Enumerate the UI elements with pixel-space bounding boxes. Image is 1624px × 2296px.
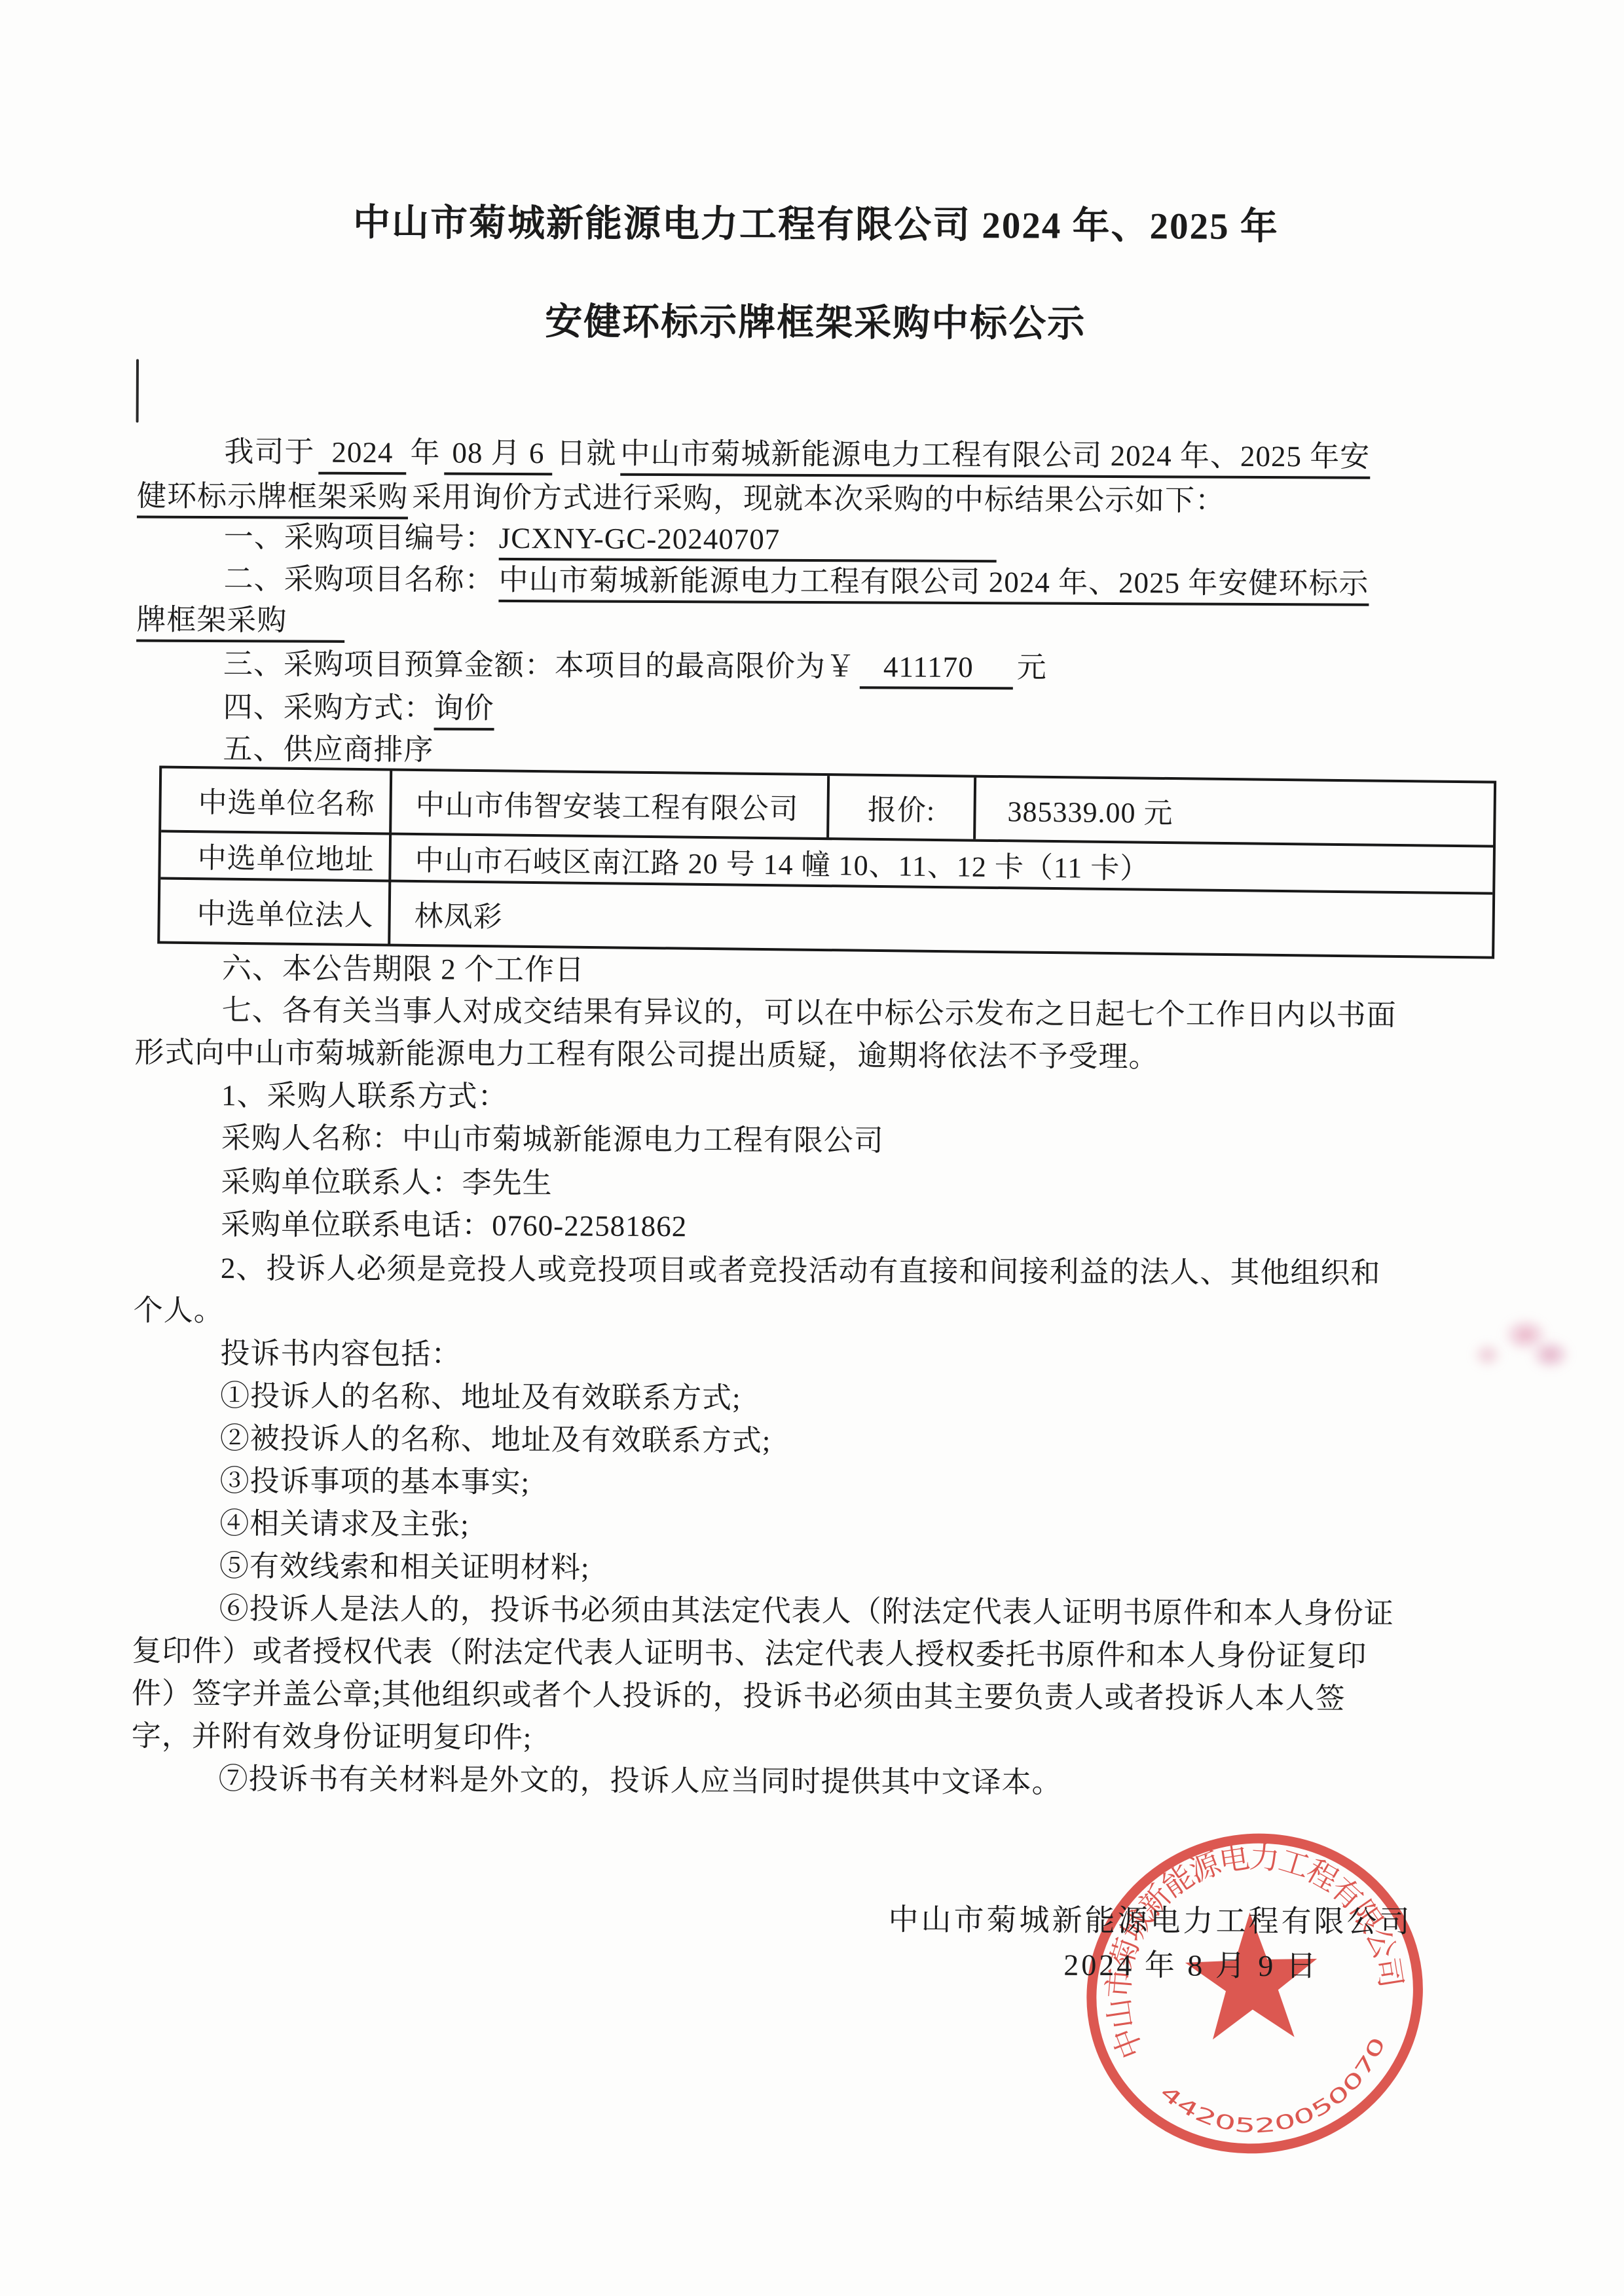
intro-pre: 我司于: [224, 435, 314, 469]
item-project-name-label: 二、采购项目名称：: [223, 562, 494, 596]
company-seal: 中山市菊城新能源电力工程有限公司 4420520050070: [1058, 1810, 1452, 2178]
ink-smudge: [1472, 1341, 1502, 1368]
complaint-rule-line-1: 2、投诉人必须是竞投人或竞投项目或者竞投活动有直接和间接利益的法人、其他组织和: [221, 1251, 1381, 1291]
complaint-item-6-line-4: 字，并附有效身份证明复印件;: [132, 1719, 532, 1755]
note-7-line-1: 七、各有关当事人对成交结果有异议的，可以在中标公示发布之日起七个工作日内以书面: [222, 993, 1397, 1033]
winner-legal-value: 林凤彩: [388, 883, 1492, 957]
intro-monthday-blank: 08 月 6: [444, 437, 552, 476]
document-sheet: 中山市菊城新能源电力工程有限公司 2024 年、2025 年 安健环标示牌框架采…: [0, 0, 1624, 2296]
complaint-item-6-line-2: 复印件）或者授权代表（附法定代表人证明书、法定代表人授权委托书原件和本人身份证复…: [132, 1633, 1367, 1673]
scan-line-artifact: [136, 359, 139, 422]
winner-table: 中选单位名称 中山市伟智安装工程有限公司 报价: 385339.00 元 中选单…: [157, 766, 1496, 959]
complaint-item-6-line-3: 件）签字并盖公章;其他组织或者个人投诉的，投诉书必须由其主要负责人或者投诉人本人…: [132, 1676, 1346, 1716]
document-title-line-1: 中山市菊城新能源电力工程有限公司 2024 年、2025 年: [4, 200, 1624, 251]
winner-name-value: 中山市伟智安装工程有限公司: [389, 771, 827, 838]
winner-address-label: 中选单位地址: [160, 833, 389, 880]
item-project-name-value: 中山市菊城新能源电力工程有限公司 2024 年、2025 年安健环标示: [498, 564, 1369, 606]
item-project-no-label: 一、采购项目编号：: [224, 520, 495, 555]
signature-date: 2024 年 8 月 9 日: [1063, 1941, 1319, 1986]
purchaser-name: 采购人名称：中山市菊城新能源电力工程有限公司: [221, 1121, 884, 1159]
item-project-name: 二、采购项目名称：中山市菊城新能源电力工程有限公司 2024 年、2025 年安…: [223, 562, 1373, 602]
item-budget-value: 411170: [860, 650, 1013, 689]
item-project-no-value: JCXNY-GC-20240707: [499, 522, 997, 562]
complaint-rule-line-2: 个人。: [134, 1293, 224, 1328]
intro-subject-wrap: 健环标示牌框架采购: [137, 479, 408, 519]
item-method: 四、采购方式：询价: [223, 690, 498, 726]
price-label: 报价:: [826, 776, 974, 839]
complaint-item-3: ③投诉事项的基本事实;: [219, 1464, 530, 1500]
item-project-no: 一、采购项目编号：JCXNY-GC-20240707: [224, 520, 1001, 558]
item-method-label: 四、采购方式：: [223, 691, 434, 724]
complaint-content-heading: 投诉书内容包括：: [220, 1336, 461, 1372]
document-title-line-2: 安健环标示牌框架采购中标公示: [3, 298, 1624, 349]
winner-name-label: 中选单位名称: [161, 769, 390, 833]
intro-after-year: 年: [410, 436, 440, 469]
note-6: 六、本公告期限 2 个工作日: [222, 951, 585, 988]
contact-phone: 采购单位联系电话：0760-22581862: [221, 1207, 687, 1244]
intro-year-blank: 2024: [318, 436, 406, 475]
item-method-value: 询价: [434, 691, 494, 730]
winner-legal-label: 中选单位法人: [160, 880, 388, 944]
ink-smudge: [1530, 1339, 1570, 1370]
intro-line-2: 健环标示牌框架采购采用询价方式进行采购，现就本次采购的中标结果公示如下：: [137, 479, 1225, 518]
contact-person: 采购单位联系人：李先生: [221, 1165, 552, 1201]
item-budget-label: 三、采购项目预算金额：本项目的最高限价为￥: [223, 647, 856, 683]
intro-rest: 采用询价方式进行采购，现就本次采购的中标结果公示如下：: [412, 481, 1225, 517]
complaint-item-7: ⑦投诉书有关材料是外文的，投诉人应当同时提供其中文译本。: [218, 1762, 1061, 1800]
intro-subject-blank: 中山市菊城新能源电力工程有限公司 2024 年、2025 年安: [620, 437, 1370, 479]
item-budget: 三、采购项目预算金额：本项目的最高限价为￥411170元: [223, 647, 1047, 685]
intro-after-md: 日就: [556, 437, 616, 469]
complaint-item-6-line-1: ⑥投诉人是法人的，投诉书必须由其法定代表人（附法定代表人证明书原件和本人身份证: [219, 1592, 1394, 1631]
item-project-name-wrap: 牌框架采购: [136, 602, 348, 638]
scanned-document-page: 中山市菊城新能源电力工程有限公司 2024 年、2025 年 安健环标示牌框架采…: [0, 0, 1624, 2296]
complaint-item-1: ①投诉人的名称、地址及有效联系方式;: [220, 1379, 741, 1416]
complaint-item-5: ⑤有效线索和相关证明材料;: [219, 1549, 590, 1586]
complaint-item-4: ④相关请求及主张;: [219, 1506, 470, 1542]
complaint-item-2: ②被投诉人的名称、地址及有效联系方式;: [220, 1421, 771, 1459]
contact-heading: 1、采购人联系方式：: [221, 1078, 508, 1114]
signature-company: 中山市菊城新能源电力工程有限公司: [888, 1896, 1412, 1941]
item-project-name-wrap-value: 牌框架采购: [136, 603, 344, 642]
note-7-line-2: 形式向中山市菊城新能源电力工程有限公司提出质疑，逾期将依法不予受理。: [134, 1035, 1158, 1074]
item-budget-unit: 元: [1017, 651, 1047, 683]
price-value: 385339.00 元: [973, 778, 1494, 845]
item-supplier-rank: 五、供应商排序: [223, 732, 434, 767]
intro-line-1: 我司于2024年08 月 6日就中山市菊城新能源电力工程有限公司 2024 年、…: [224, 435, 1374, 475]
